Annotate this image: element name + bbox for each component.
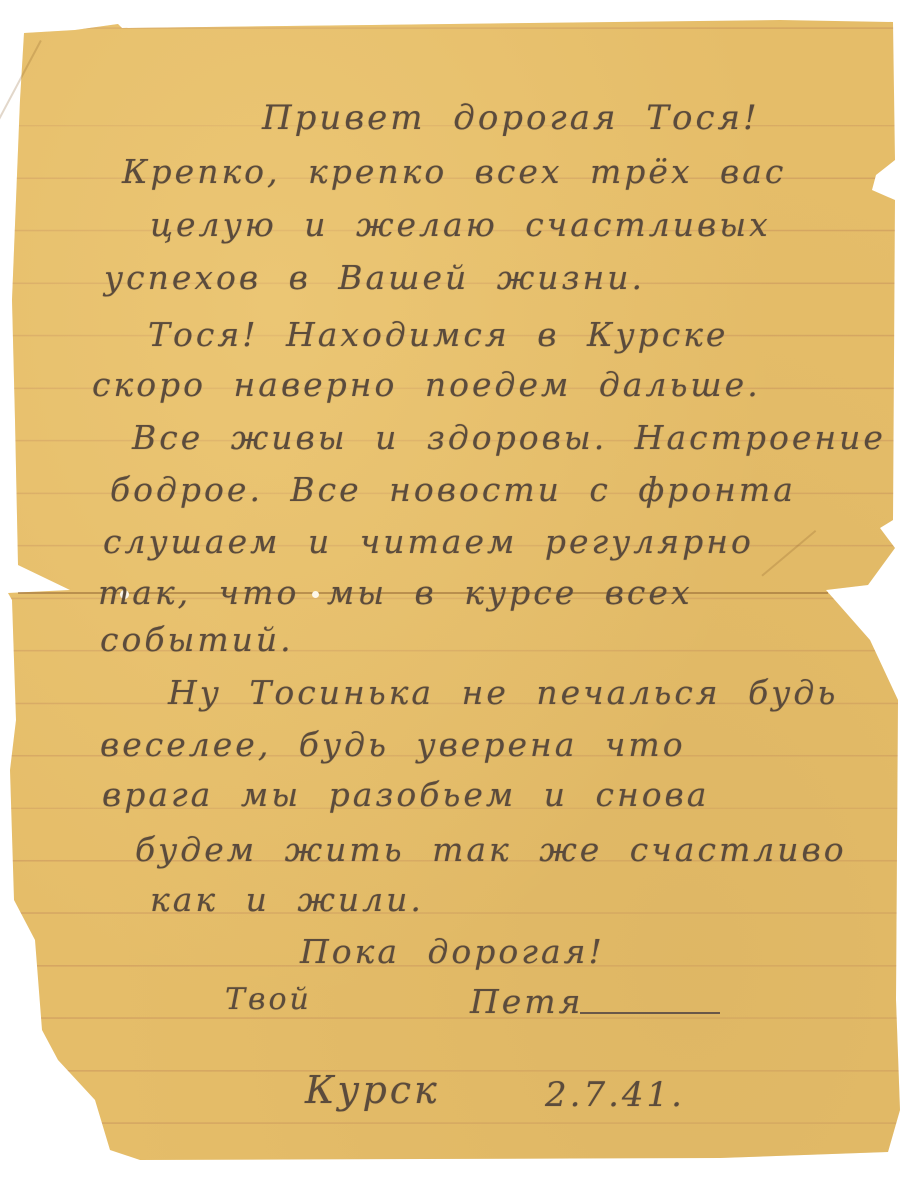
letter-line: врага мы разобьем и снова — [102, 775, 709, 814]
letter-line: бодрое. Все новости с фронта — [110, 470, 796, 509]
letter-line: успехов в Вашей жизни. — [104, 258, 645, 297]
signature-prefix: Твой — [225, 982, 312, 1017]
letter-line: как и жили. — [150, 880, 424, 919]
letter-line: целую и желаю счастливых — [150, 205, 771, 244]
letter-line: слушаем и читаем регулярно — [103, 522, 754, 561]
letter-content: Привет дорогая Тося! Крепко, крепко всех… — [0, 0, 918, 1200]
signature-name: Петя — [470, 982, 583, 1021]
letter-line: событий. — [100, 620, 294, 659]
letter-place: Курск — [305, 1068, 440, 1112]
letter-line: Крепко, крепко всех трёх вас — [122, 152, 786, 191]
letter-line: так, что мы в курсе всех — [98, 573, 693, 612]
letter-line: Ну Тосинька не печалься будь — [168, 673, 838, 712]
letter-greeting: Привет дорогая Тося! — [262, 98, 760, 138]
letter-line: скоро наверно поедем дальше. — [92, 365, 761, 404]
letter-closing: Пока дорогая! — [300, 932, 605, 971]
letter-line: будем жить так же счастливо — [135, 830, 847, 869]
letter-line: Все живы и здоровы. Настроение — [132, 418, 886, 457]
letter-date: 2.7.41. — [545, 1075, 685, 1115]
letter-line: Тося! Находимся в Курске — [148, 315, 728, 354]
letter-line: веселее, будь уверена что — [100, 725, 686, 764]
signature-underline — [580, 1012, 720, 1014]
